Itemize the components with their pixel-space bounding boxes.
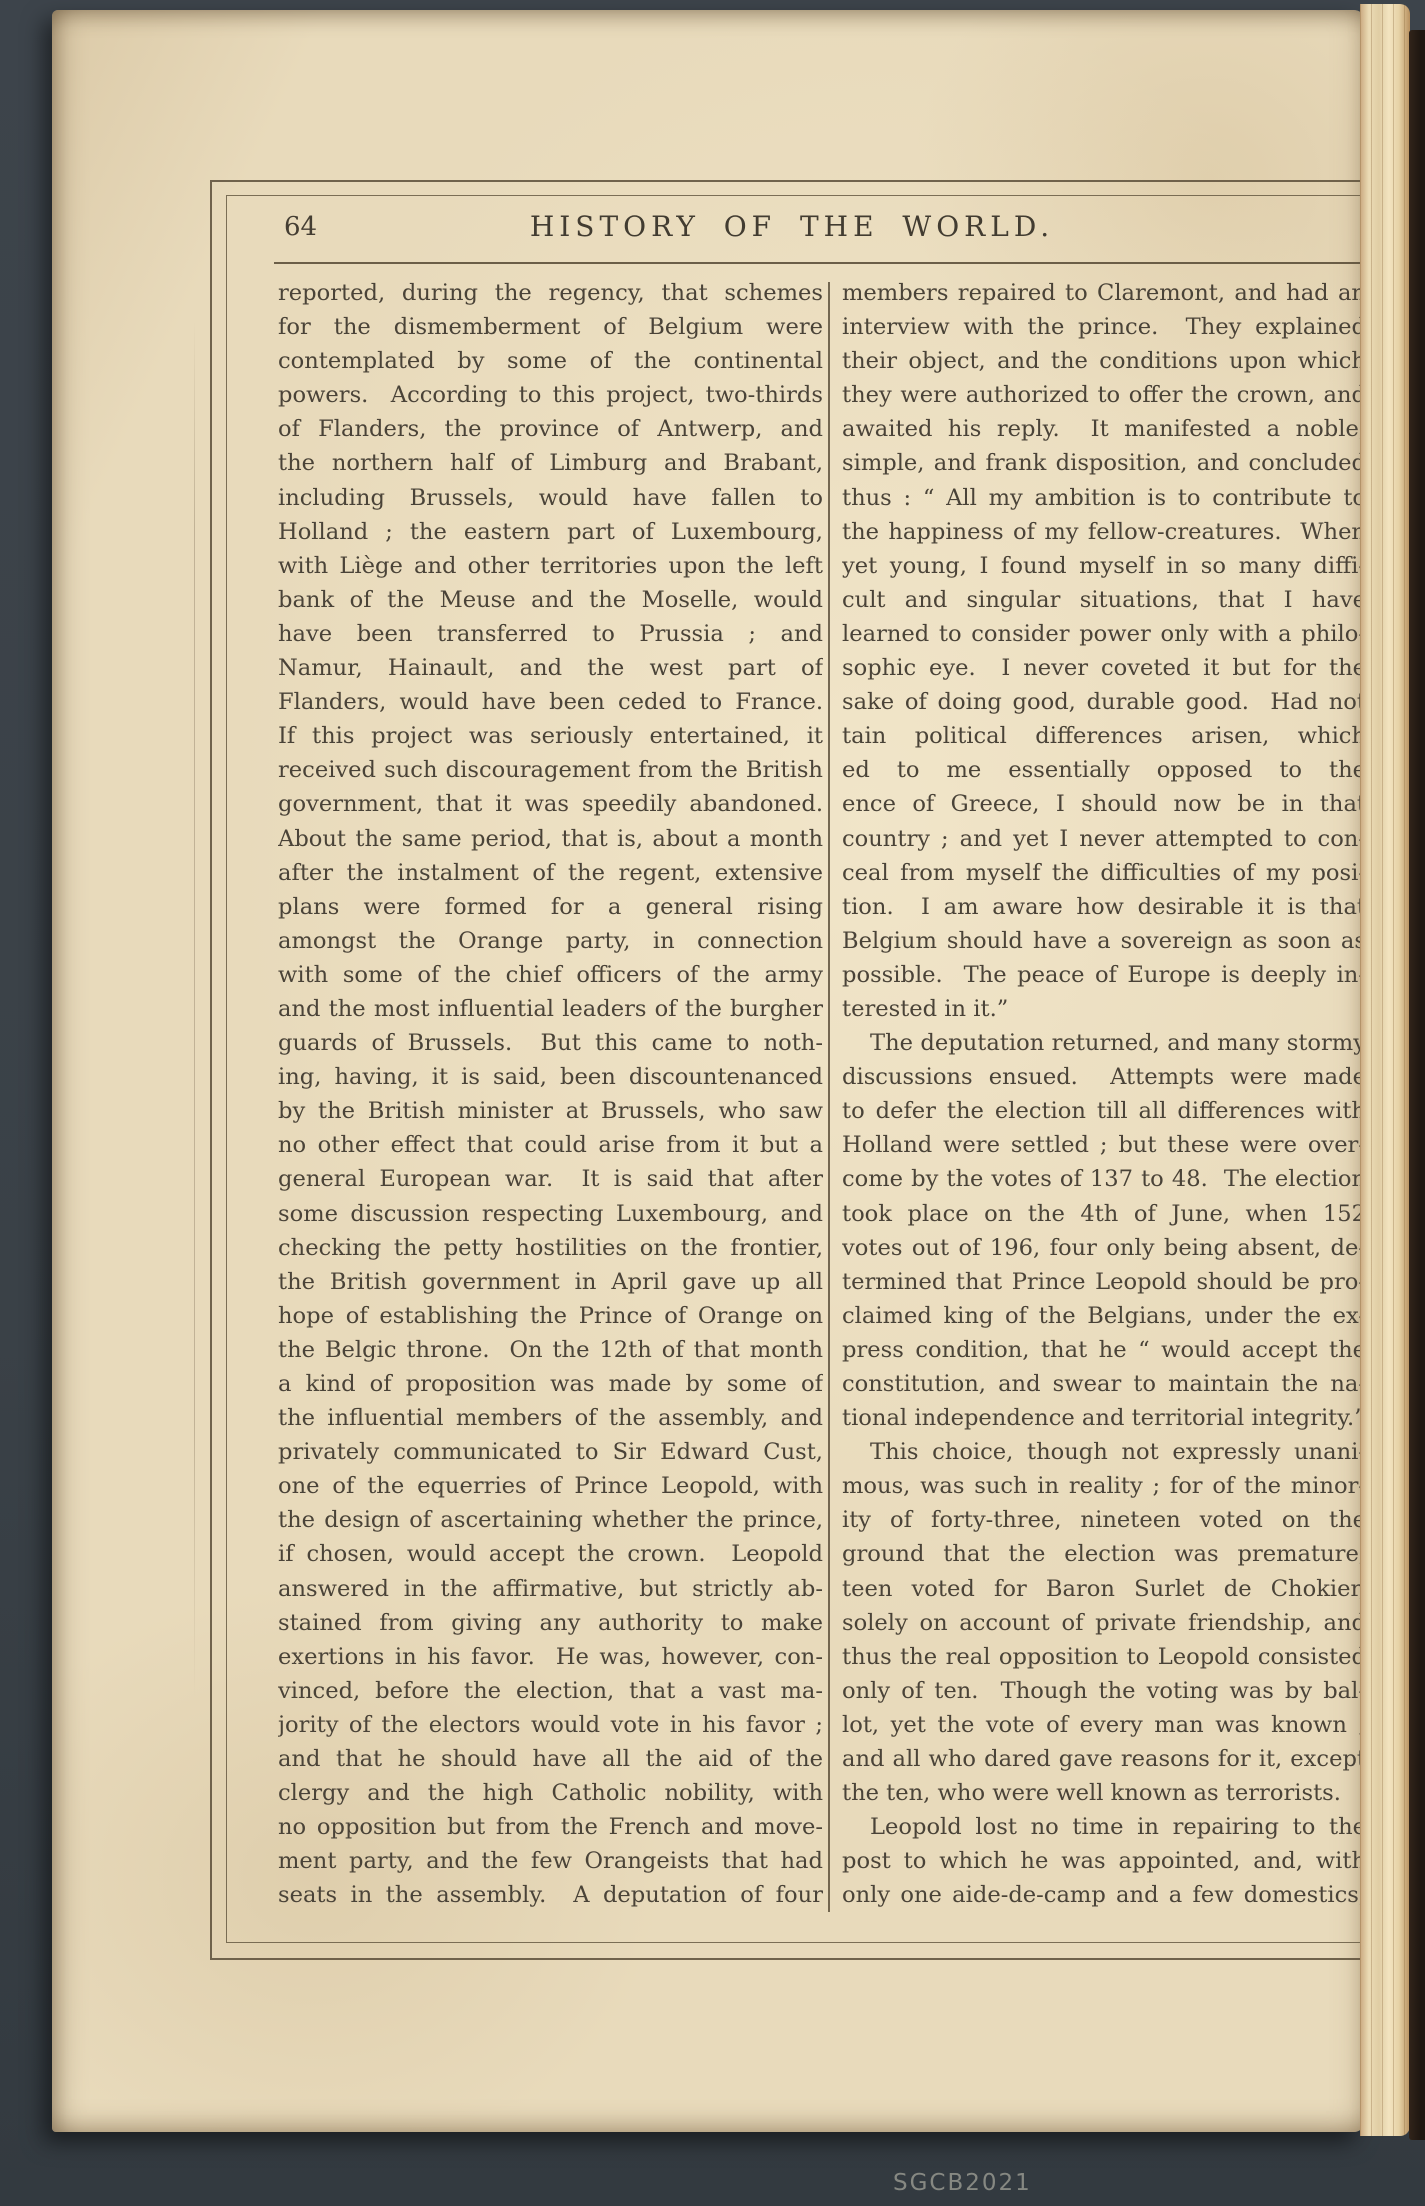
text-line: with some of the chief officers of the a…	[278, 958, 823, 992]
text-line: claimed king of the Belgians, under the …	[842, 1299, 1366, 1333]
text-line: stained from giving any authority to mak…	[278, 1606, 823, 1640]
text-line: termined that Prince Leopold should be p…	[842, 1265, 1366, 1299]
text-line: checking the petty hostilities on the fr…	[278, 1231, 823, 1265]
book-scan: 64 HISTORY OF THE WORLD. reported, durin…	[0, 0, 1425, 2206]
text-line: Leopold lost no time in repairing to the	[842, 1810, 1366, 1844]
text-line: the British government in April gave up …	[278, 1265, 823, 1299]
text-line: one of the equerries of Prince Leopold, …	[278, 1469, 823, 1503]
text-line: jority of the electors would vote in his…	[278, 1708, 823, 1742]
text-line: by the British minister at Brussels, who…	[278, 1094, 823, 1128]
text-line: if chosen, would accept the crown. Leopo…	[278, 1537, 823, 1571]
page-edges	[1360, 4, 1410, 2136]
column-divider	[828, 282, 830, 1912]
text-line: only one aide-de-camp and a few domestic…	[842, 1878, 1366, 1912]
text-line: yet young, I found myself in so many dif…	[842, 549, 1366, 583]
text-line: the ten, who were well known as terroris…	[842, 1776, 1366, 1810]
text-line: answered in the affirmative, but strictl…	[278, 1572, 823, 1606]
text-line: lot, yet the vote of every man was known…	[842, 1708, 1366, 1742]
text-line: government, that it was speedily abandon…	[278, 787, 823, 821]
page-crease	[194, 320, 195, 1700]
text-line: teen voted for Baron Surlet de Chokier,	[842, 1572, 1366, 1606]
text-line: ence of Greece, I should now be in that	[842, 787, 1366, 821]
text-line: guards of Brussels. But this came to not…	[278, 1026, 823, 1060]
text-line: discussions ensued. Attempts were made	[842, 1060, 1366, 1094]
text-line: a kind of proposition was made by some o…	[278, 1367, 823, 1401]
text-line: tional independence and territorial inte…	[842, 1401, 1366, 1435]
text-line: About the same period, that is, about a …	[278, 822, 823, 856]
text-line: to defer the election till all differenc…	[842, 1094, 1366, 1128]
text-line: mous, was such in reality ; for of the m…	[842, 1469, 1366, 1503]
text-line: some discussion respecting Luxembourg, a…	[278, 1197, 823, 1231]
text-line: and all who dared gave reasons for it, e…	[842, 1742, 1366, 1776]
text-line: no opposition but from the French and mo…	[278, 1810, 823, 1844]
text-line: votes out of 196, four only being absent…	[842, 1231, 1366, 1265]
text-line: vinced, before the election, that a vast…	[278, 1674, 823, 1708]
text-line: The deputation returned, and many stormy	[842, 1026, 1366, 1060]
text-line: post to which he was appointed, and, wit…	[842, 1844, 1366, 1878]
text-line: amongst the Orange party, in connection	[278, 924, 823, 958]
text-line: If this project was seriously entertaine…	[278, 719, 823, 753]
text-line: thus the real opposition to Leopold cons…	[842, 1640, 1366, 1674]
text-line: privately communicated to Sir Edward Cus…	[278, 1435, 823, 1469]
text-line: their object, and the conditions upon wh…	[842, 344, 1366, 378]
text-line: took place on the 4th of June, when 152	[842, 1197, 1366, 1231]
text-line: the design of ascertaining whether the p…	[278, 1503, 823, 1537]
text-line: tain political differences arisen, which…	[842, 719, 1366, 753]
text-line: the influential members of the assembly,…	[278, 1401, 823, 1435]
text-line: with Liège and other territories upon th…	[278, 549, 823, 583]
text-line: Flanders, would have been ceded to Franc…	[278, 685, 823, 719]
text-line: they were authorized to offer the crown,…	[842, 378, 1366, 412]
header-rule	[274, 262, 1366, 264]
text-line: bank of the Meuse and the Moselle, would	[278, 583, 823, 617]
text-line: This choice, though not expressly unani-	[842, 1435, 1366, 1469]
text-line: the happiness of my fellow-creatures. Wh…	[842, 515, 1366, 549]
text-column-left: reported, during the regency, that schem…	[278, 276, 823, 1913]
text-line: members repaired to Claremont, and had a…	[842, 276, 1366, 310]
text-line: have been transferred to Prussia ; and	[278, 617, 823, 651]
text-line: Belgium should have a sovereign as soon …	[842, 924, 1366, 958]
text-line: come by the votes of 137 to 48. The elec…	[842, 1162, 1366, 1196]
text-line: thus : “ All my ambition is to contribut…	[842, 481, 1366, 515]
text-line: solely on account of private friendship,…	[842, 1606, 1366, 1640]
text-line: of Flanders, the province of Antwerp, an…	[278, 412, 823, 446]
text-line: general European war. It is said that af…	[278, 1162, 823, 1196]
text-line: the northern half of Limburg and Brabant…	[278, 446, 823, 480]
text-line: no other effect that could arise from it…	[278, 1128, 823, 1162]
book-binding	[1409, 30, 1425, 2140]
text-line: powers. According to this project, two-t…	[278, 378, 823, 412]
text-line: the Belgic throne. On the 12th of that m…	[278, 1333, 823, 1367]
text-line: tion. I am aware how desirable it is tha…	[842, 890, 1366, 924]
text-line: for the dismemberment of Belgium were	[278, 310, 823, 344]
text-line: sophic eye. I never coveted it but for t…	[842, 651, 1366, 685]
text-line: ment party, and the few Orangeists that …	[278, 1844, 823, 1878]
text-line: simple, and frank disposition, and concl…	[842, 446, 1366, 480]
text-line: hope of establishing the Prince of Orang…	[278, 1299, 823, 1333]
text-line: exertions in his favor. He was, however,…	[278, 1640, 823, 1674]
text-line: ceal from myself the difficulties of my …	[842, 856, 1366, 890]
text-line: awaited his reply. It manifested a noble…	[842, 412, 1366, 446]
text-line: only of ten. Though the voting was by ba…	[842, 1674, 1366, 1708]
text-line: and the most influential leaders of the …	[278, 992, 823, 1026]
running-title: HISTORY OF THE WORLD.	[232, 210, 1352, 243]
text-line: press condition, that he “ would accept …	[842, 1333, 1366, 1367]
text-line: sake of doing good, durable good. Had no…	[842, 685, 1366, 719]
text-line: possible. The peace of Europe is deeply …	[842, 958, 1366, 992]
text-line: received such discouragement from the Br…	[278, 753, 823, 787]
text-line: plans were formed for a general rising	[278, 890, 823, 924]
text-line: terested in it.”	[842, 992, 1366, 1026]
book-page: 64 HISTORY OF THE WORLD. reported, durin…	[52, 10, 1364, 2132]
text-line: Holland ; the eastern part of Luxembourg…	[278, 515, 823, 549]
text-line: cult and singular situations, that I hav…	[842, 583, 1366, 617]
text-line: ity of forty-three, nineteen voted on th…	[842, 1503, 1366, 1537]
watermark: SGCB2021	[893, 2170, 1032, 2196]
text-line: ing, having, it is said, been discounten…	[278, 1060, 823, 1094]
text-line: ground that the election was premature, …	[842, 1537, 1366, 1571]
text-line: and that he should have all the aid of t…	[278, 1742, 823, 1776]
text-line: Namur, Hainault, and the west part of	[278, 651, 823, 685]
text-column-right: members repaired to Claremont, and had a…	[842, 276, 1366, 1913]
text-line: Holland were settled ; but these were ov…	[842, 1128, 1366, 1162]
text-line: clergy and the high Catholic nobility, w…	[278, 1776, 823, 1810]
text-line: contemplated by some of the continental	[278, 344, 823, 378]
text-line: after the instalment of the regent, exte…	[278, 856, 823, 890]
text-line: interview with the prince. They explaine…	[842, 310, 1366, 344]
text-line: seats in the assembly. A deputation of f…	[278, 1878, 823, 1912]
text-line: learned to consider power only with a ph…	[842, 617, 1366, 651]
text-line: reported, during the regency, that schem…	[278, 276, 823, 310]
text-line: country ; and yet I never attempted to c…	[842, 822, 1366, 856]
text-line: ed to me essentially opposed to the inde…	[842, 753, 1366, 787]
text-line: constitution, and swear to maintain the …	[842, 1367, 1366, 1401]
text-line: including Brussels, would have fallen to	[278, 481, 823, 515]
